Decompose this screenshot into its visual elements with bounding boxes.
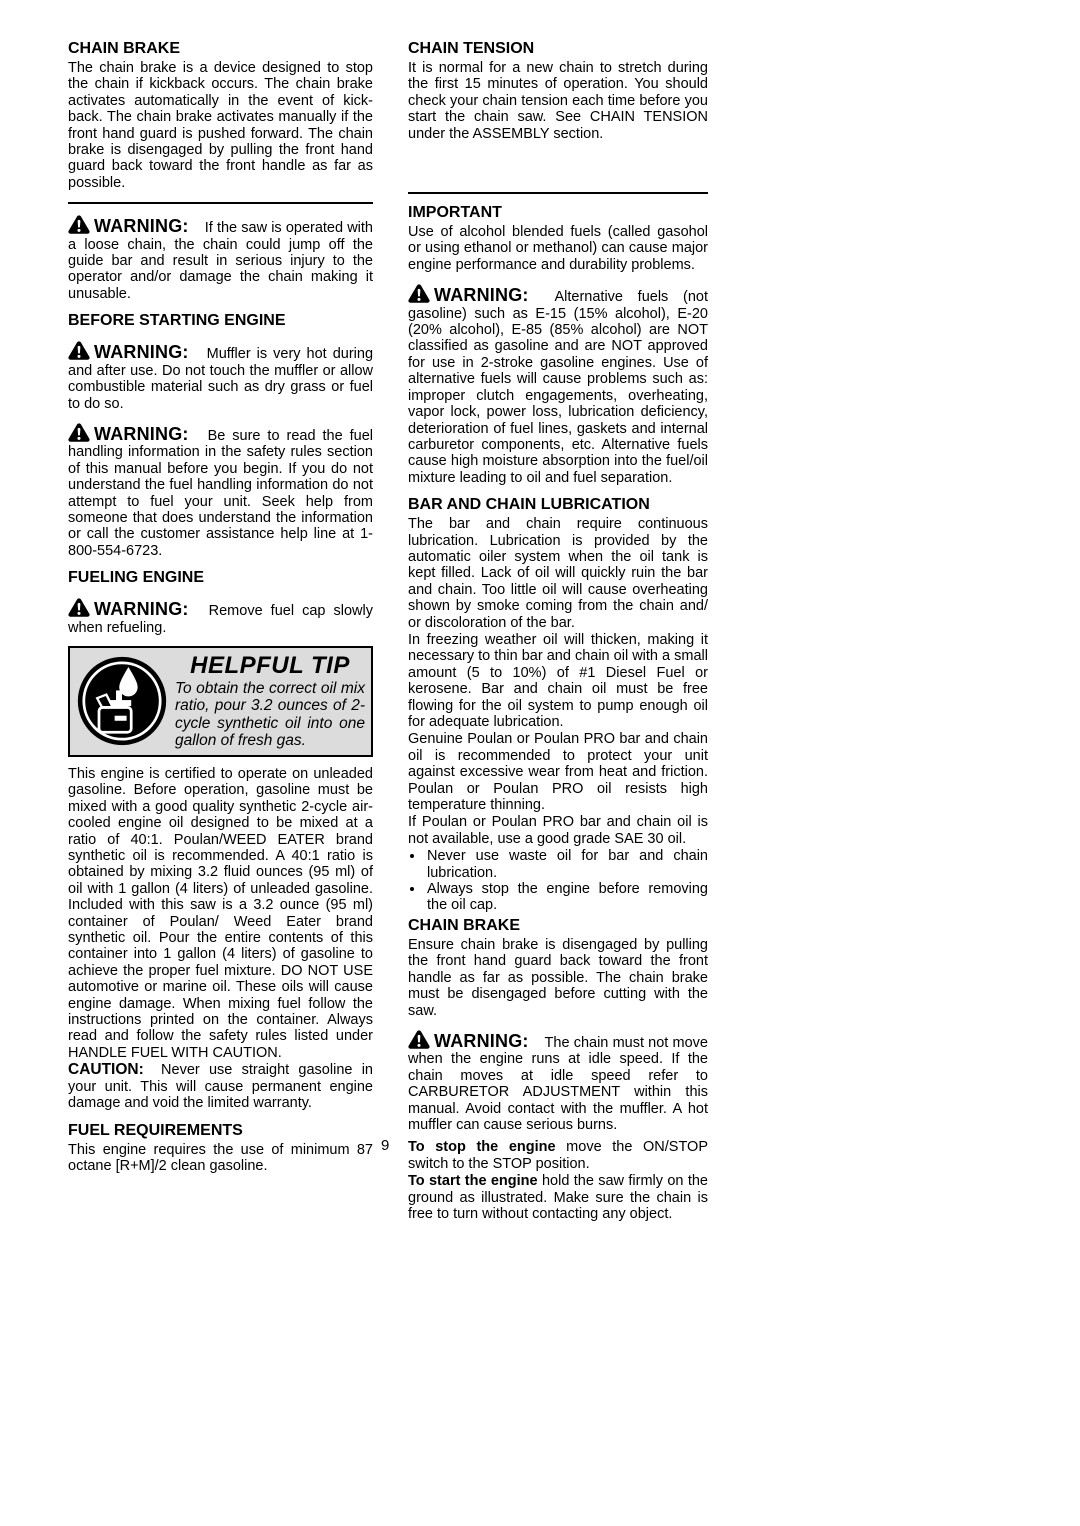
warning-label: WARNING: xyxy=(94,599,189,619)
caution-paragraph: CAUTION: Never use straight gasoline in … xyxy=(68,1062,373,1111)
start-engine-paragraph: To start the engine hold the saw firmly … xyxy=(408,1173,708,1222)
warning-label: WARNING: xyxy=(434,1031,529,1051)
caution-label: CAUTION: xyxy=(68,1061,144,1078)
warning-fuel-cap: WARNING: Remove fuel cap slowly when ref… xyxy=(68,597,373,636)
warning-text: Be sure to read the fuel handling inform… xyxy=(68,428,373,559)
fuel-requirements-paragraph: This engine requires the use of minimum … xyxy=(68,1142,373,1175)
engine-oil-info-paragraph: This engine is certified to operate on u… xyxy=(68,766,373,1061)
warning-chain-idle: WARNING: The chain must not move when th… xyxy=(408,1029,708,1133)
list-item: Never use waste oil for bar and chain lu… xyxy=(425,848,708,881)
warning-label: WARNING: xyxy=(94,216,189,236)
section-heading-fuel-requirements: FUEL REQUIREMENTS xyxy=(68,1121,373,1140)
manual-page: CHAIN BRAKE The chain brake is a device … xyxy=(0,0,1080,1526)
oil-drop-and-gas-can-icon xyxy=(76,655,168,747)
warning-triangle-icon xyxy=(68,422,90,443)
warning-alternative-fuels: WARNING: Alternative fuels (not gasoline… xyxy=(408,283,708,486)
warning-triangle-icon xyxy=(408,1029,430,1050)
start-engine-lead: To start the engine xyxy=(408,1173,538,1189)
warning-fuel-handling: WARNING: Be sure to read the fuel handli… xyxy=(68,422,373,559)
warning-triangle-icon xyxy=(68,214,90,235)
page-number: 9 xyxy=(381,1137,389,1154)
chain-brake-2-paragraph: Ensure chain brake is disengaged by pull… xyxy=(408,937,708,1019)
stop-engine-lead: To stop the engine xyxy=(408,1139,556,1155)
helpful-tip-box: HELPFUL TIP To obtain the correct oil mi… xyxy=(68,646,373,757)
section-heading-chain-brake: CHAIN BRAKE xyxy=(68,39,373,58)
helpful-tip-title: HELPFUL TIP xyxy=(175,653,365,679)
right-column: CHAIN TENSION It is normal for a new cha… xyxy=(408,30,708,1223)
bar-chain-paragraph-2: In freezing weather oil will thicken, ma… xyxy=(408,632,708,730)
helpful-tip-content: HELPFUL TIP To obtain the correct oil mi… xyxy=(175,653,365,750)
bar-chain-bullet-list: Never use waste oil for bar and chain lu… xyxy=(408,848,708,914)
warning-muffler-hot: WARNING: Muffler is very hot during and … xyxy=(68,340,373,412)
column-divider-line xyxy=(408,192,708,194)
warning-triangle-icon xyxy=(68,340,90,361)
section-heading-fueling-engine: FUELING ENGINE xyxy=(68,568,373,587)
section-heading-important: IMPORTANT xyxy=(408,203,708,222)
helpful-tip-text: To obtain the correct oil mix ratio, pou… xyxy=(175,680,365,750)
warning-label: WARNING: xyxy=(94,424,189,444)
list-item: Always stop the engine before removing t… xyxy=(425,881,708,914)
warning-text: Alternative fuels (not gasoline) such as… xyxy=(408,289,708,485)
warning-triangle-icon xyxy=(408,283,430,304)
column-divider-line xyxy=(68,202,373,204)
chain-brake-paragraph: The chain brake is a device designed to … xyxy=(68,60,373,191)
chain-tension-paragraph: It is normal for a new chain to stretch … xyxy=(408,60,708,142)
important-paragraph: Use of alcohol blended fuels (called gas… xyxy=(408,224,708,273)
bar-chain-paragraph-4: If Poulan or Poulan PRO bar and chain oi… xyxy=(408,814,708,847)
section-heading-before-starting-engine: BEFORE STARTING ENGINE xyxy=(68,311,373,330)
section-heading-chain-tension: CHAIN TENSION xyxy=(408,39,708,58)
section-heading-chain-brake-2: CHAIN BRAKE xyxy=(408,916,708,935)
warning-label: WARNING: xyxy=(434,285,529,305)
stop-engine-paragraph: To stop the engine move the ON/STOP swit… xyxy=(408,1139,708,1172)
left-column: CHAIN BRAKE The chain brake is a device … xyxy=(68,30,373,1175)
warning-loose-chain: WARNING: If the saw is operated with a l… xyxy=(68,214,373,302)
warning-triangle-icon xyxy=(68,597,90,618)
bar-chain-paragraph-3: Genuine Poulan or Poulan PRO bar and cha… xyxy=(408,731,708,813)
warning-label: WARNING: xyxy=(94,342,189,362)
bar-chain-paragraph-1: The bar and chain require continuous lub… xyxy=(408,516,708,631)
section-heading-bar-chain-lubrication: BAR AND CHAIN LUBRICATION xyxy=(408,495,708,514)
